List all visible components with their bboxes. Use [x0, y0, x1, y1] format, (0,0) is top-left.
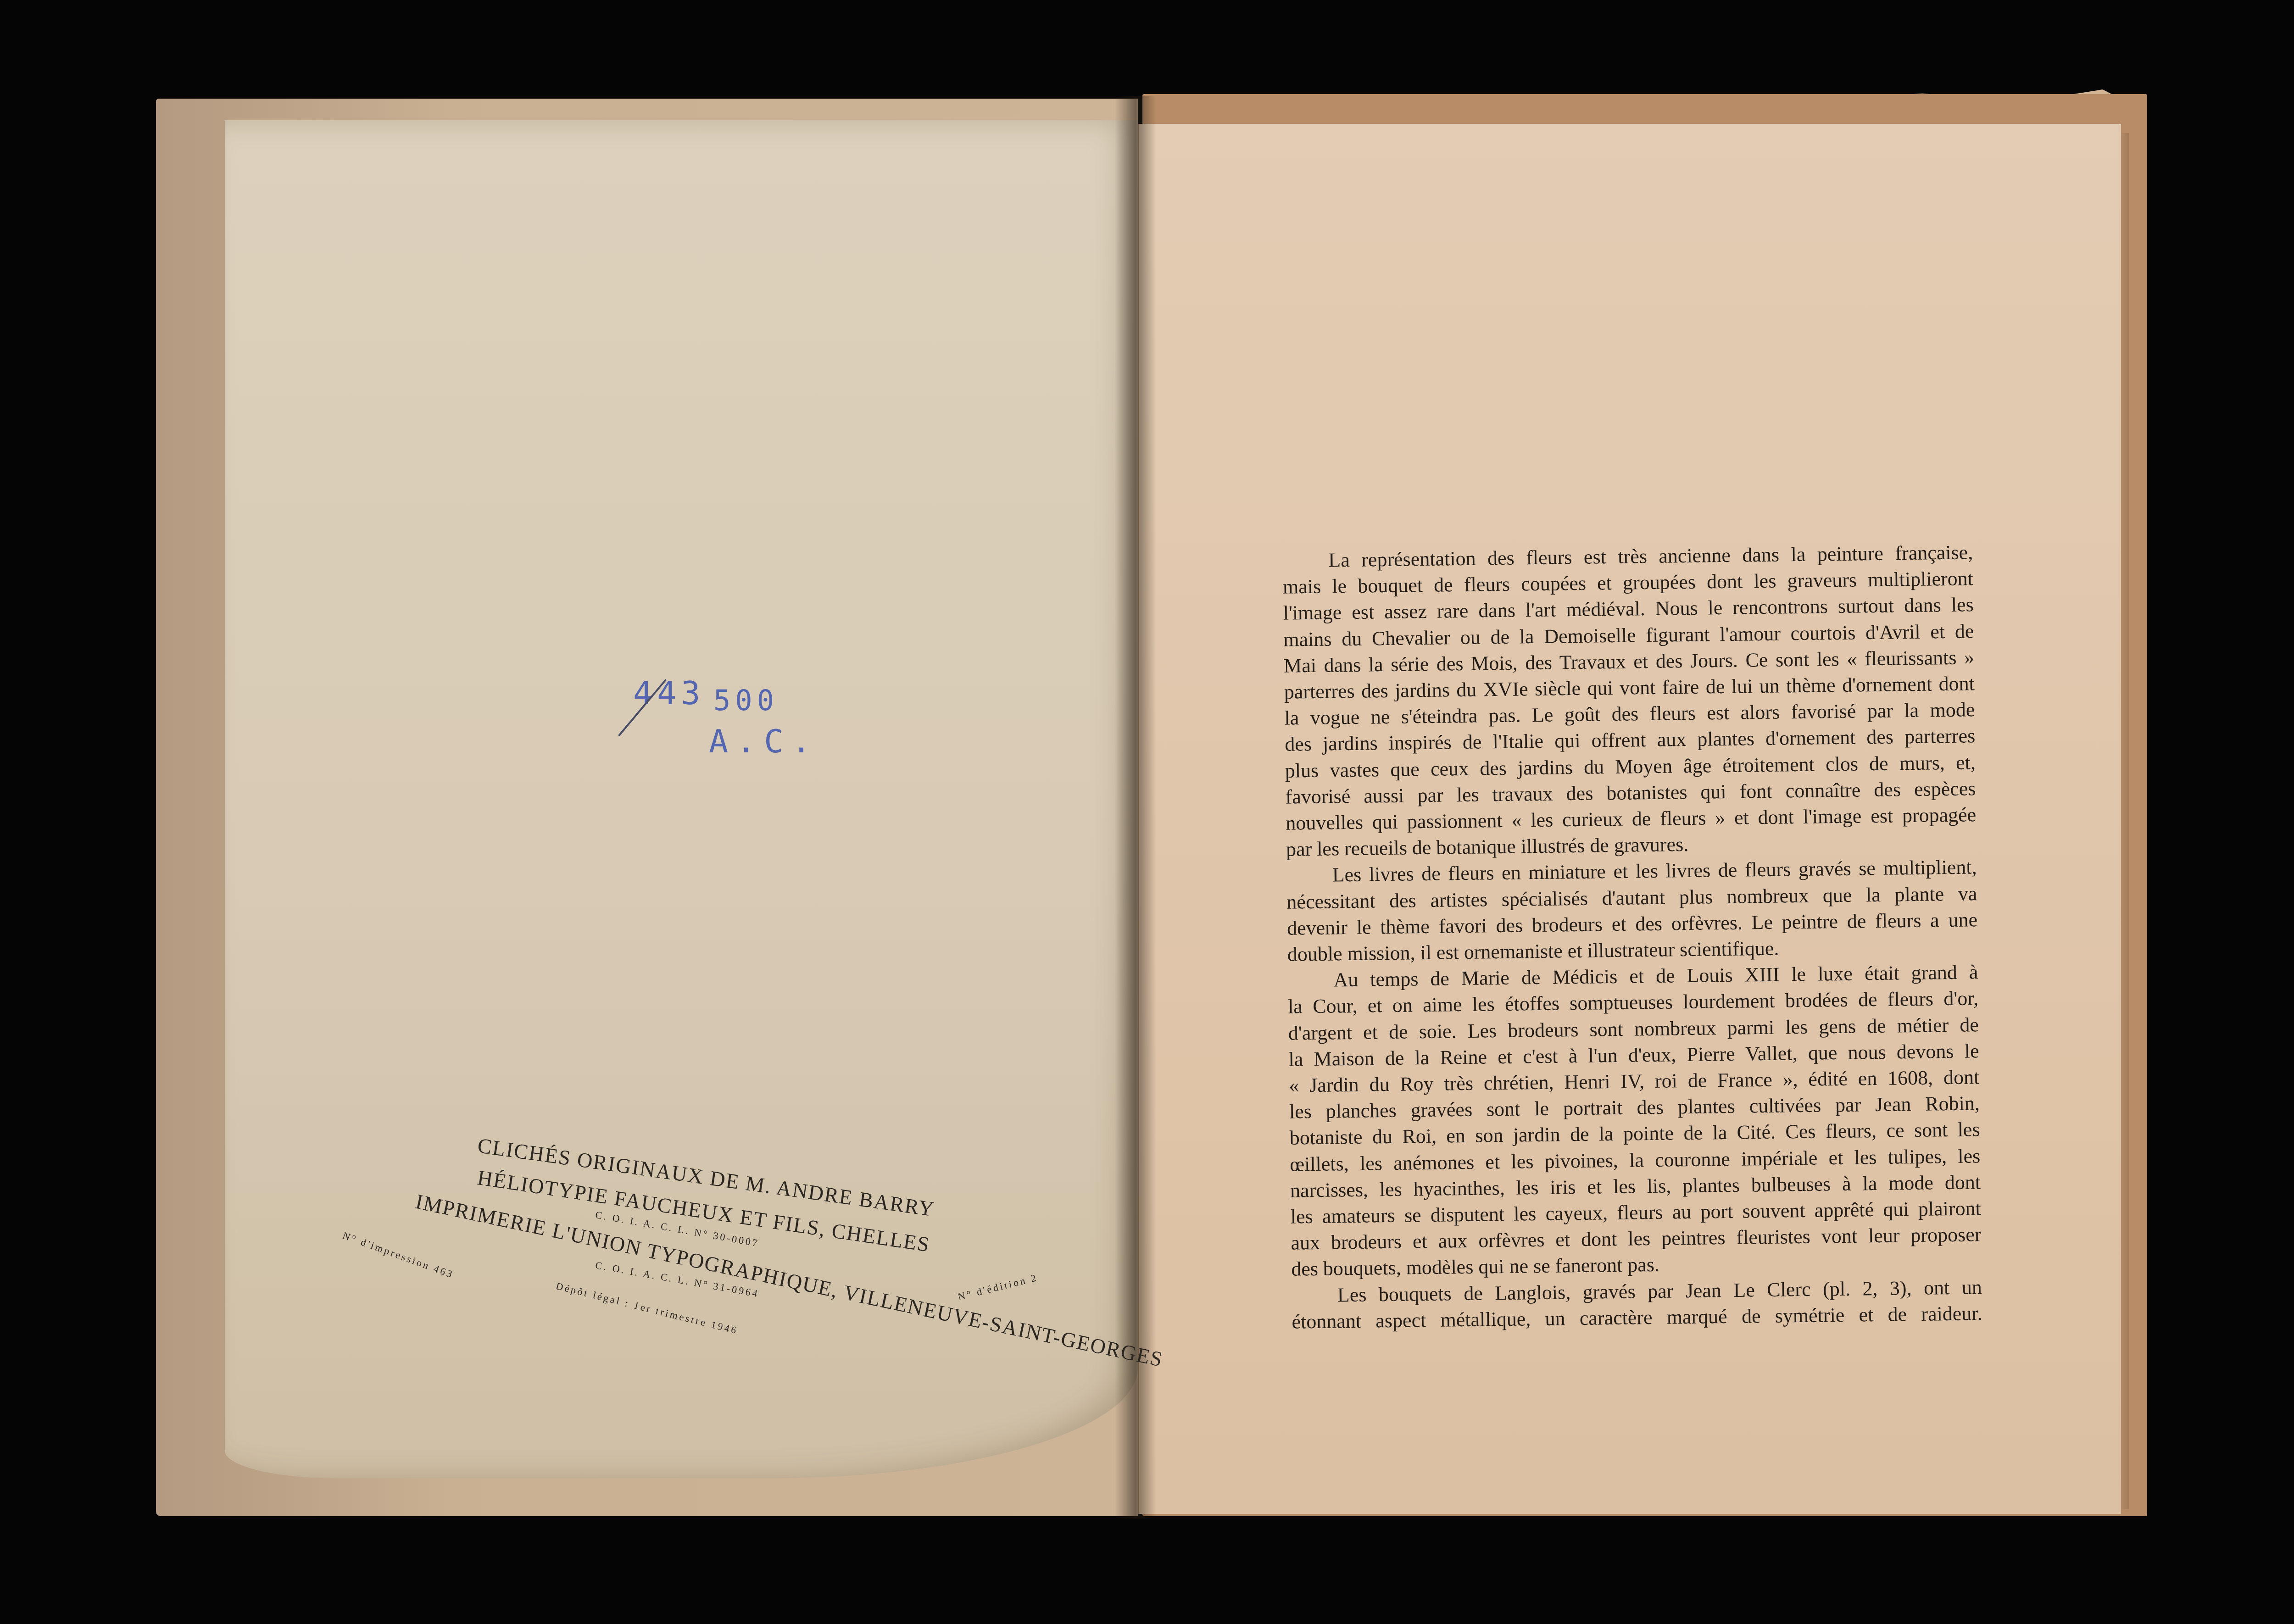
paragraph: Les bouquets de Langlois, gravés par Jea… [1246, 1274, 1982, 1335]
book-gutter [1115, 96, 1156, 1518]
paragraph: Au temps de Marie de Médicis et de Louis… [1242, 959, 1982, 1283]
paragraph: Les livres de fleurs en miniature et les… [1240, 854, 1978, 968]
handwritten-initials: A.C. [709, 723, 819, 760]
right-page-body-text: La représentation des fleurs est très an… [1236, 539, 1982, 1335]
paragraph: La représentation des fleurs est très an… [1236, 539, 1977, 863]
handwritten-edition-total: 500 [713, 684, 779, 717]
